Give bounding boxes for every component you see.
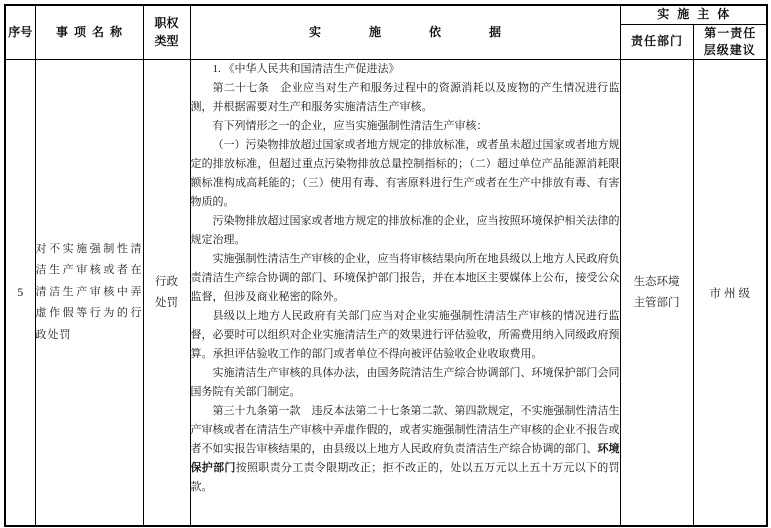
authority-type-cell: 行政 处罚	[143, 60, 190, 526]
legal-paragraph: 1. 《中华人民共和国清洁生产促进法》	[191, 60, 620, 79]
legal-paragraph: 县级以上地方人民政府有关部门应当对企业实施强制性清洁生产审核的情况进行监督，必要…	[191, 307, 620, 364]
col-header-index: 序号	[5, 5, 35, 60]
legal-paragraph: 污染物排放超过国家或者地方规定的排放标准的企业，应当按照环境保护相关法律的规定治…	[191, 212, 620, 250]
table-row: 5 对不实施强制性清洁生产审核或者在清洁生产审核中弄虚作假等行为的行政处罚 行政…	[5, 60, 767, 526]
col-header-implementation-subject: 实施主体	[620, 5, 767, 24]
col-header-legal-basis: 实施依据	[190, 5, 620, 60]
legal-paragraph: 有下列情形之一的企业，应当实施强制性清洁生产审核：	[191, 117, 620, 136]
legal-paragraph: （一）污染物排放超过国家或者地方规定的排放标准，或者虽未超过国家或者地方规定的排…	[191, 136, 620, 212]
authority-table: 序号 事项名称 职权 类型 实施依据 实施主体 责任部门 第一责任 层级建议 5…	[4, 4, 768, 527]
legal-paragraph: 第三十九条第一款 违反本法第二十七条第二款、第四款规定，不实施强制性清洁生产审核…	[191, 402, 620, 497]
level-suggestion-cell: 市州级	[693, 60, 767, 526]
legal-paragraph: 实施清洁生产审核的具体办法，由国务院清洁生产综合协调部门、环境保护部门会同国务院…	[191, 364, 620, 402]
item-name-cell: 对不实施强制性清洁生产审核或者在清洁生产审核中弄虚作假等行为的行政处罚	[35, 60, 143, 526]
col-header-authority-type: 职权 类型	[143, 5, 190, 60]
responsible-department-cell: 生态环境 主管部门	[620, 60, 693, 526]
legal-paragraph: 实施强制性清洁生产审核的企业，应当将审核结果向所在地县级以上地方人民政府负责清洁…	[191, 250, 620, 307]
header-row-top: 序号 事项名称 职权 类型 实施依据 实施主体	[5, 5, 767, 24]
index-cell: 5	[5, 60, 35, 526]
document-page: 序号 事项名称 职权 类型 实施依据 实施主体 责任部门 第一责任 层级建议 5…	[0, 0, 771, 528]
col-header-item-name: 事项名称	[35, 5, 143, 60]
col-header-responsible-department: 责任部门	[620, 24, 693, 60]
legal-basis-cell: 1. 《中华人民共和国清洁生产促进法》第二十七条 企业应当对生产和服务过程中的资…	[190, 60, 620, 526]
legal-paragraph: 第二十七条 企业应当对生产和服务过程中的资源消耗以及废物的产生情况进行监测，并根…	[191, 79, 620, 117]
col-header-first-level-suggestion: 第一责任 层级建议	[693, 24, 767, 60]
legal-basis-content: 1. 《中华人民共和国清洁生产促进法》第二十七条 企业应当对生产和服务过程中的资…	[191, 60, 620, 497]
